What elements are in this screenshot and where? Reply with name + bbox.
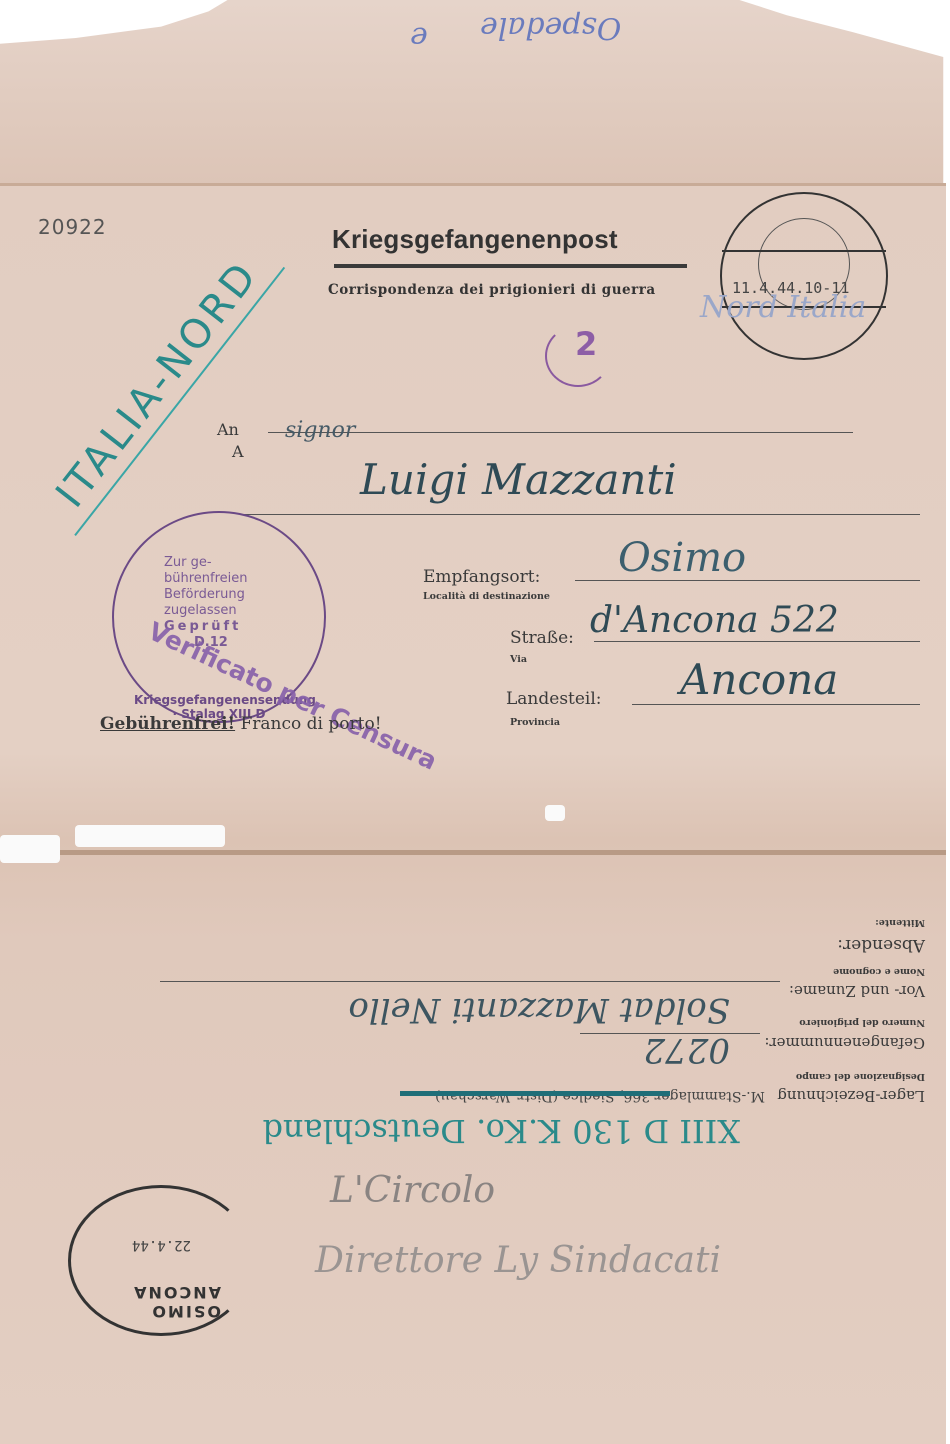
sender-number-label: Gefangenennummer: (764, 1034, 925, 1052)
recipient-street: d'Ancona 522 (590, 600, 839, 641)
sender-number: 0272 (643, 1030, 730, 1070)
sender-section: Absender: Mittente: Vor- und Zuname: Nom… (60, 900, 940, 1150)
an-label: An (217, 420, 239, 439)
street-label: Straße: (510, 628, 574, 648)
place-label-it: Località di destinazione (423, 591, 550, 602)
recipient-line (268, 432, 853, 433)
province-line (632, 704, 920, 705)
stamp-line: Beförderung (164, 587, 248, 603)
name-line (240, 514, 920, 515)
sender-number-label-it: Numero del prigioniero (799, 1017, 925, 1028)
stamp-line: zugelassen (164, 603, 248, 619)
camp-strikethrough (400, 1091, 670, 1096)
archive-number: 20922 (38, 215, 107, 239)
postage-free: Gebührenfrei! Franco di porto! (100, 714, 382, 734)
flap-handwriting: Ospedale (480, 10, 621, 45)
a-label: A (232, 442, 244, 461)
recipient-province: Ancona (680, 655, 838, 704)
form-subtitle: Corrispondenza dei prigionieri di guerra (328, 282, 656, 298)
pencil-note-line-2: Direttore Ly Sindacati (315, 1240, 721, 1281)
form-title: Kriegsgefangenenpost (332, 224, 618, 255)
stamp-line: bührenfreien (164, 571, 248, 587)
sender-name-label: Vor- und Zuname: (789, 982, 925, 1000)
province-label: Landesteil: (506, 689, 602, 709)
tear (0, 835, 60, 863)
sender-heading-it: Mittente: (875, 917, 925, 928)
recipient-salutation: signor (285, 418, 355, 443)
sender-name-line (160, 981, 780, 982)
street-label-it: Via (510, 654, 527, 665)
postmark-annotation: Nord Italia (700, 290, 866, 325)
sender-name-label-it: Nome e cognome (833, 966, 925, 977)
postmark-bottom-date: 22.4.44 (132, 1237, 191, 1253)
recipient-place: Osimo (618, 535, 746, 581)
postmark-top: 11.4.44.10-11 (720, 192, 888, 360)
sender-camp-label-it: Designazione del campo (796, 1071, 925, 1082)
fold-crease (0, 850, 946, 855)
recipient-name: Luigi Mazzanti (360, 455, 677, 504)
tear (545, 805, 565, 821)
street-line (594, 641, 920, 642)
place-label: Empfangsort: (423, 567, 540, 587)
postmark-bottom: OSIMO ANCONA 22.4.44 (68, 1185, 254, 1336)
postage-free-de: Gebührenfrei! (100, 714, 235, 734)
stamp-line: Zur ge- (164, 555, 248, 571)
sender-camp-handwritten: XIII D 130 K.Ko. Deutschland (262, 1112, 740, 1150)
sender-camp-label: Lager-Bezeichnung (777, 1087, 925, 1105)
sender-heading: Absender: (837, 935, 925, 955)
postmark-bottom-town: OSIMO ANCONA (71, 1283, 221, 1321)
tear (75, 825, 225, 847)
envelope-flap (0, 0, 948, 190)
title-rule (334, 264, 687, 268)
province-label-it: Provincia (510, 717, 560, 728)
fold-crease (0, 183, 946, 186)
censor-number: 2 (575, 325, 597, 363)
sender-name: Soldat Mazzanti Nello (348, 990, 730, 1030)
flap-handwriting-2: e (410, 20, 428, 55)
pencil-note-line-1: L'Circolo (330, 1170, 495, 1211)
postage-free-it: Franco di porto! (241, 714, 382, 734)
